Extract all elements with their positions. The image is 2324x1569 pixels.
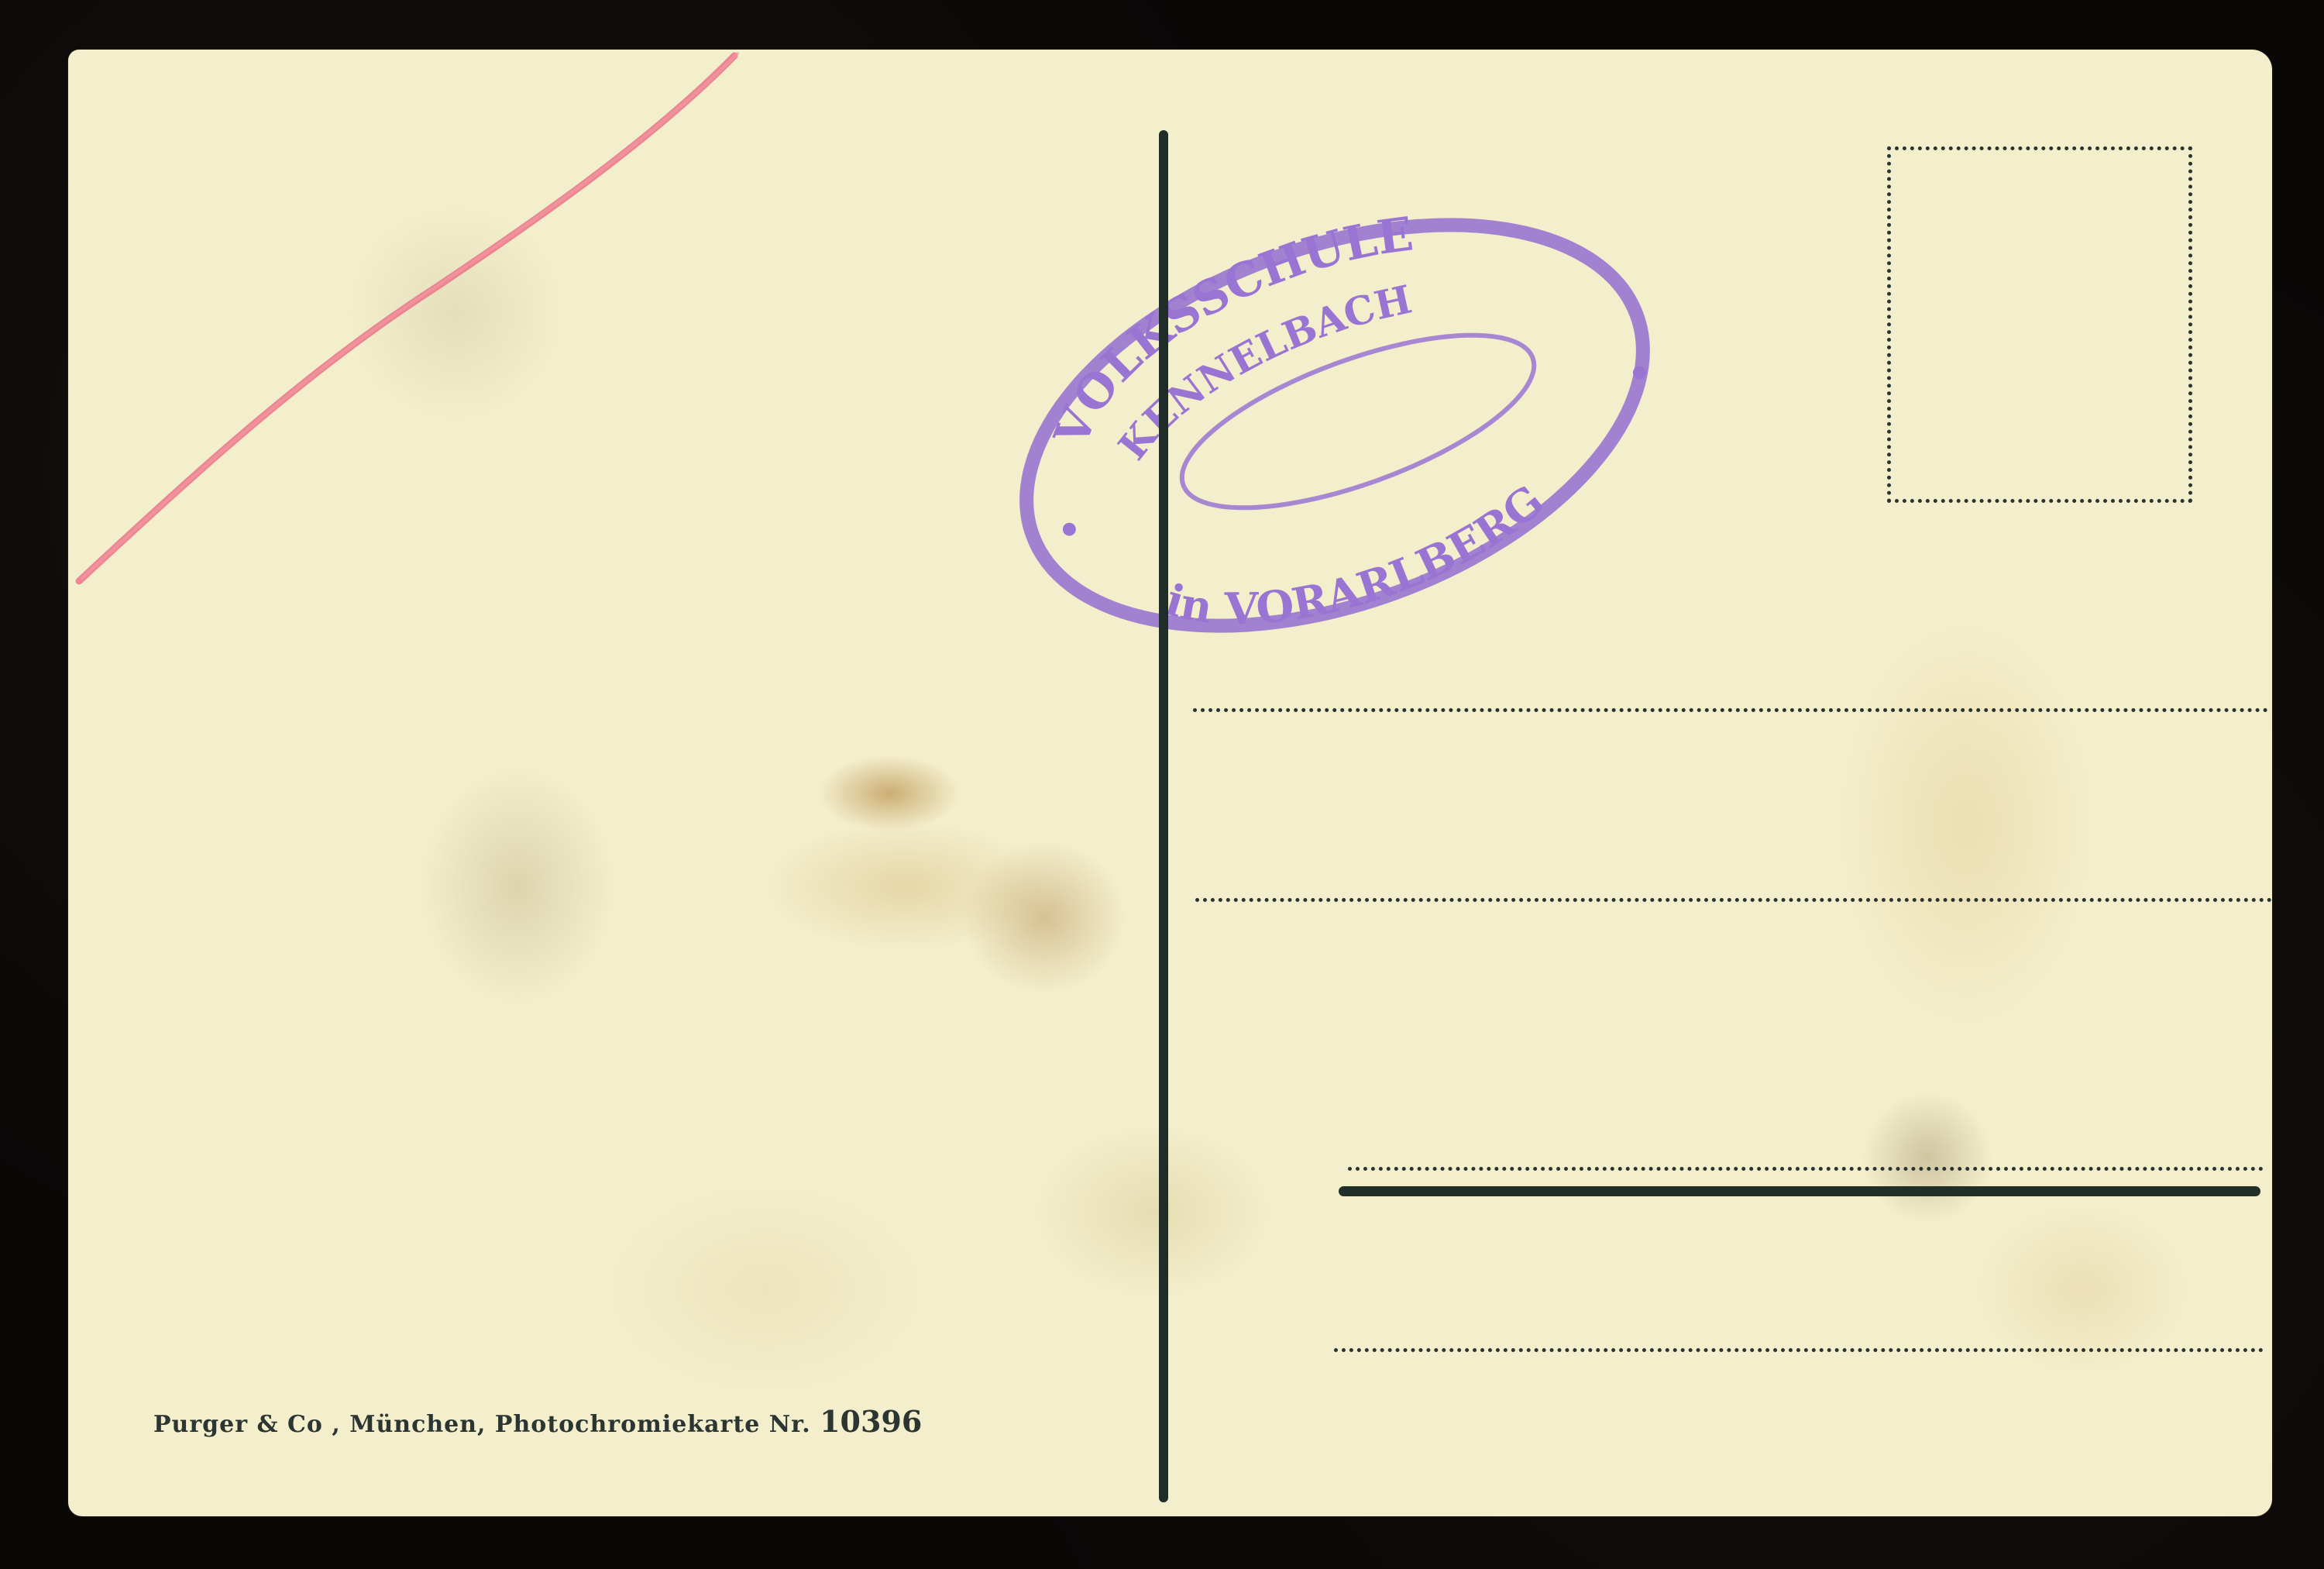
stamp-separator-right: • — [1628, 353, 1652, 396]
address-line-3 — [1348, 1167, 2264, 1171]
publisher-imprint: Purger & Co , München, Photochromiekarte… — [153, 1404, 922, 1439]
address-line-2 — [1195, 898, 2272, 902]
stamp-line-town: KENNELBACH — [1109, 276, 1416, 468]
publisher-text: Purger & Co , München, Photochromiekarte… — [153, 1411, 811, 1438]
scan-background: VOLKSSCHULE KENNELBACH in VORARLBERG • •… — [0, 0, 2324, 1569]
postcard: VOLKSSCHULE KENNELBACH in VORARLBERG • •… — [68, 50, 2272, 1516]
address-line-1 — [1193, 708, 2268, 712]
card-number: 10396 — [820, 1404, 922, 1439]
postage-stamp-box — [1887, 146, 2192, 503]
school-rubber-stamp: VOLKSSCHULE KENNELBACH in VORARLBERG • • — [994, 208, 1691, 642]
message-address-divider — [1159, 130, 1168, 1502]
address-underline-bar — [1339, 1186, 2260, 1196]
address-line-4 — [1334, 1348, 2264, 1352]
stamp-line-region: in VORARLBERG — [1160, 475, 1554, 635]
stamp-separator-left: • — [1057, 509, 1081, 552]
